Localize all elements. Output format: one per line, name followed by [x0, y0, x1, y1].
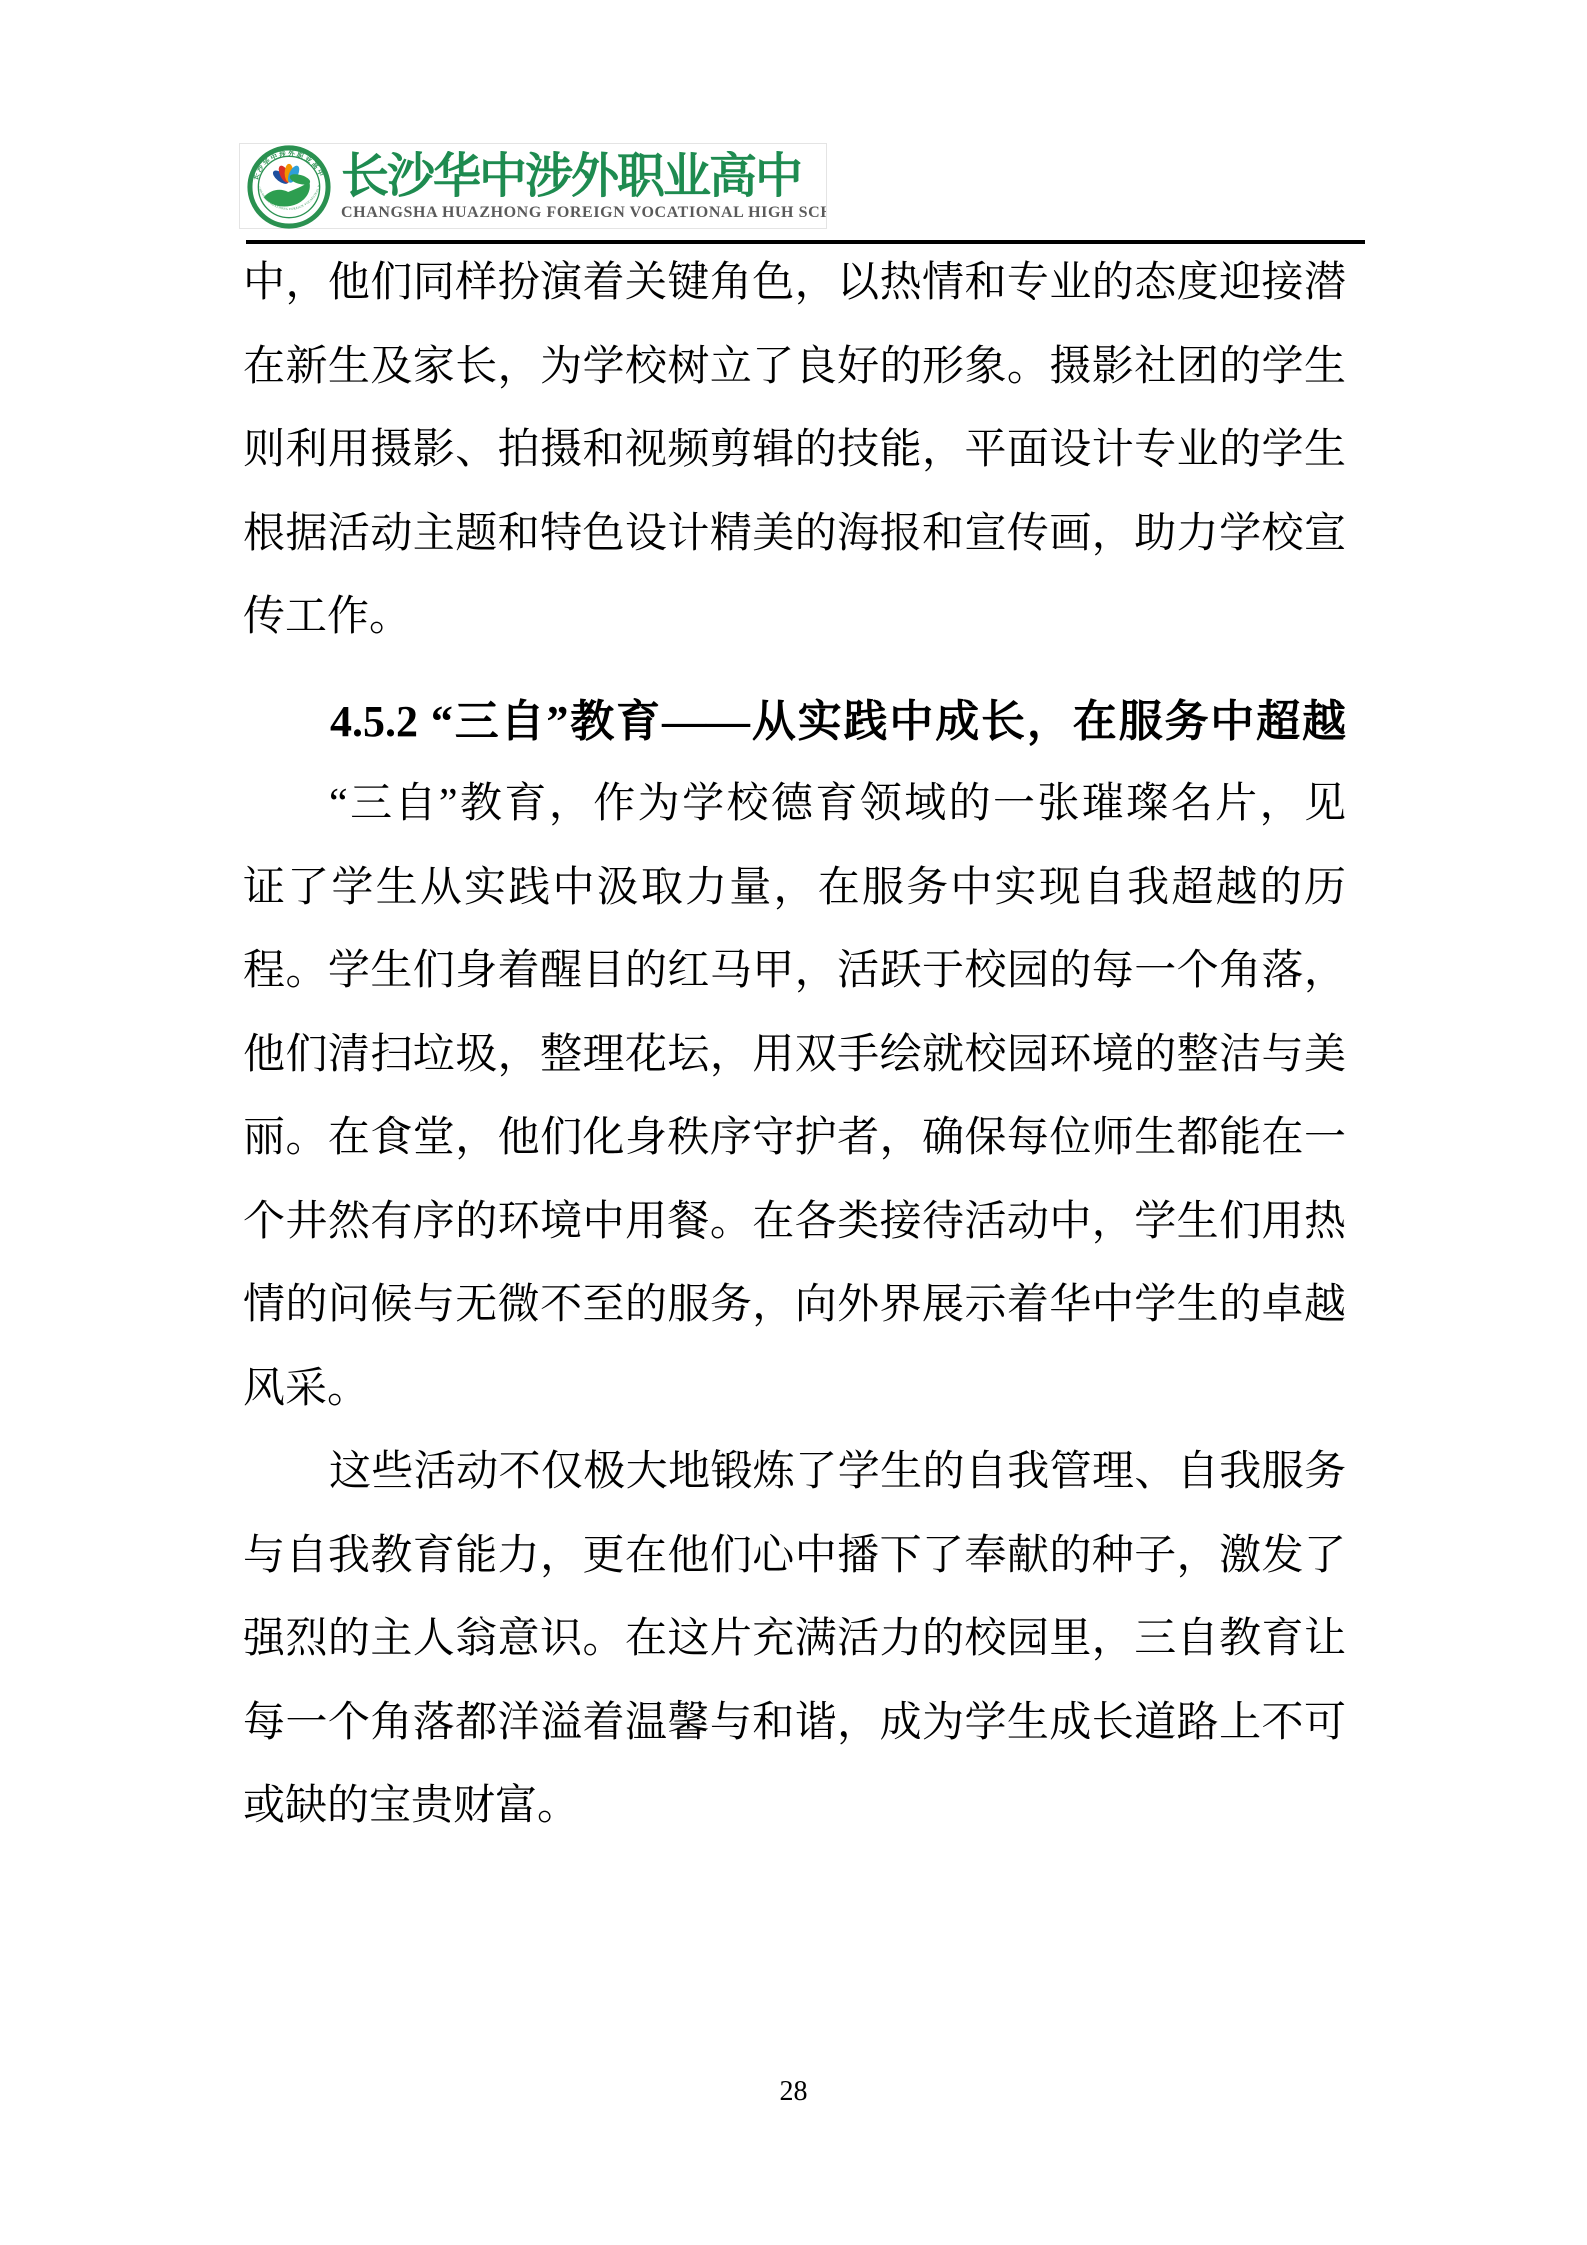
school-title-block: 长沙华中涉外职业高中 CHANGSHA HUAZHONG FOREIGN VOC… — [341, 151, 826, 221]
body-text-line: 或缺的宝贵财富。 — [243, 1765, 1346, 1849]
school-header-banner: 长沙华中涉外职业高中 CHANGSHA HUAZHONG FOREIGN VOC… — [239, 143, 827, 229]
school-name-english: CHANGSHA HUAZHONG FOREIGN VOCATIONAL HIG… — [341, 204, 826, 221]
body-text-line: 风采。 — [243, 1348, 1346, 1432]
document-body: 中，他们同样扮演着关键角色，以热情和专业的态度迎接潜 在新生及家长，为学校树立了… — [243, 242, 1346, 1849]
body-text-line: 中，他们同样扮演着关键角色，以热情和专业的态度迎接潜 — [243, 242, 1346, 326]
body-text-line: 则利用摄影、拍摄和视频剪辑的技能，平面设计专业的学生 — [243, 409, 1346, 493]
body-text-line: 与自我教育能力，更在他们心中播下了奉献的种子，激发了 — [243, 1515, 1346, 1599]
body-text-line: 每一个角落都洋溢着温馨与和谐，成为学生成长道路上不可 — [243, 1682, 1346, 1766]
body-text-line: 个井然有序的环境中用餐。在各类接待活动中，学生们用热 — [243, 1181, 1346, 1265]
body-text-line: 传工作。 — [243, 576, 1346, 660]
body-text-line: 情的问候与无微不至的服务，向外界展示着华中学生的卓越 — [243, 1264, 1346, 1348]
body-text-line: “三自”教育，作为学校德育领域的一张璀璨名片，见 — [243, 763, 1346, 847]
section-heading: 4.5.2 “三自”教育——从实践中成长，在服务中超越 — [243, 680, 1346, 764]
body-text-line: 丽。在食堂，他们化身秩序守护者，确保每位师生都能在一 — [243, 1097, 1346, 1181]
body-text-line: 这些活动不仅极大地锻炼了学生的自我管理、自我服务 — [243, 1431, 1346, 1515]
school-logo-icon: 长沙华中涉外职业高中 CHANGSHA HUAZHONG FOREIGN VOC… — [247, 145, 331, 229]
body-text-line: 证了学生从实践中汲取力量，在服务中实现自我超越的历 — [243, 847, 1346, 931]
body-text-line: 在新生及家长，为学校树立了良好的形象。摄影社团的学生 — [243, 326, 1346, 410]
school-logo: 长沙华中涉外职业高中 CHANGSHA HUAZHONG FOREIGN VOC… — [247, 145, 331, 229]
body-text-line: 强烈的主人翁意识。在这片充满活力的校园里，三自教育让 — [243, 1598, 1346, 1682]
body-text-line: 他们清扫垃圾，整理花坛，用双手绘就校园环境的整洁与美 — [243, 1014, 1346, 1098]
body-text-line: 根据活动主题和特色设计精美的海报和宣传画，助力学校宣 — [243, 493, 1346, 577]
body-text-line: 程。学生们身着醒目的红马甲，活跃于校园的每一个角落， — [243, 930, 1346, 1014]
school-name-chinese: 长沙华中涉外职业高中 — [341, 151, 826, 203]
document-page: 长沙华中涉外职业高中 CHANGSHA HUAZHONG FOREIGN VOC… — [0, 0, 1587, 2245]
page-number: 28 — [0, 2076, 1587, 2108]
